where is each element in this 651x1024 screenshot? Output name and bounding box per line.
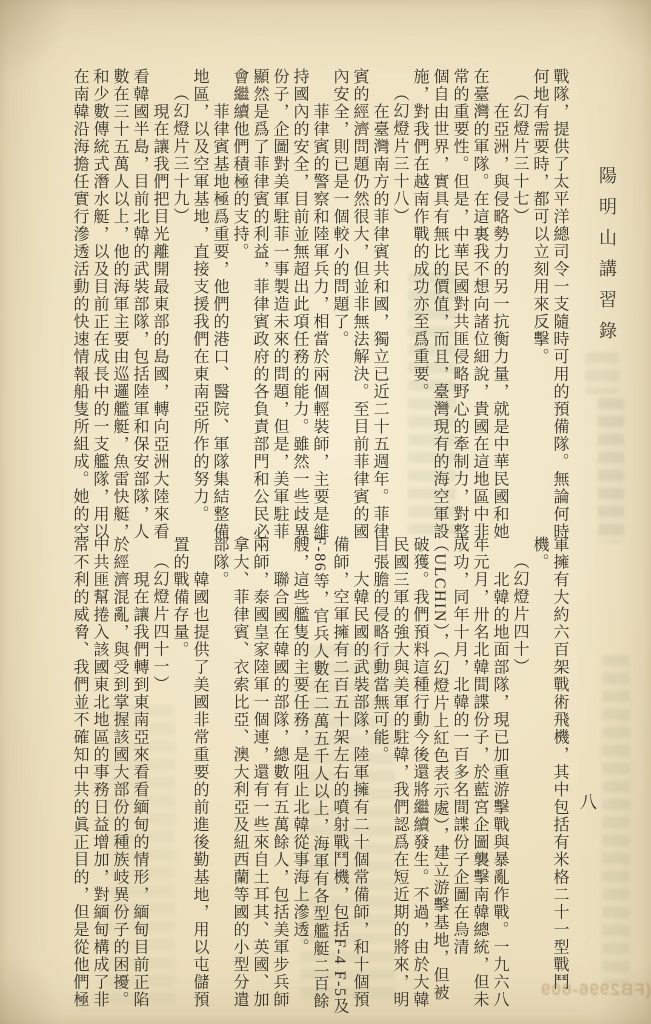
paragraph: 現在讓我們轉到東南亞來看看緬甸的情形，緬甸目前正陷於經濟混亂，與受到掌握該國大部… — [69, 536, 149, 1017]
bleed-through-artifact — [602, 655, 630, 985]
paragraph: 聯合國在韓國的部隊，總數有五萬餘人，包括美軍步兵師兩師，泰國皇家陸軍一個連，還有… — [209, 536, 289, 1017]
page-number: 八 — [580, 788, 597, 813]
paragraph: 菲律賓的警察和陸軍兵力，相當於兩個輕裝師，主要是維持國內的安全，目前並無超出此項… — [229, 68, 329, 546]
slide-caption: （幻燈片三十九） — [169, 68, 189, 546]
paragraph: 戰隊，提供了太平洋總司令一支隨時可用的預備隊。無論何時何地有需要時，都可以立刻用… — [529, 68, 569, 546]
paragraph: 大韓民國的武裝部隊，陸軍擁有二十個常備師，和十個預備師，空軍擁有二百五十架左右的… — [289, 536, 369, 1017]
bleed-through-artifact — [585, 352, 619, 394]
paragraph: 韓國也提供了美國非常重要的前進後勤基地，用以屯儲預置的戰備存量。 — [169, 536, 209, 1017]
top-text-block: 戰隊，提供了太平洋總司令一支隨時可用的預備隊。無論何時何地有需要時，都可以立刻用… — [67, 68, 569, 546]
bottom-text-block: 軍擁有大約六百架戰術飛機，其中包括有米格二十一型戰鬥機。 （幻燈片四十） 北韓的… — [67, 536, 569, 1017]
slide-caption: （幻燈片四十） — [509, 536, 529, 1017]
bleed-through-artifact — [598, 398, 624, 543]
slide-caption: （幻燈片四十一） — [149, 536, 169, 1017]
slide-caption: （幻燈片三十八） — [389, 68, 409, 546]
paragraph: 在亞洲，與侵略勢力的另一抗衡力量，就是中華民國和她在臺灣的軍隊。在這裏我不想向諸… — [409, 68, 509, 546]
paragraph: 北韓的地面部隊，現已加重游擊戰與暴亂作戰。一九六八年元月，卅名北韓間諜份子，於藍… — [369, 536, 509, 1017]
paragraph: 現在讓我們把目光離開最東部的島國，轉向亞洲大陸來看看韓國半島，目前北韓的武裝部隊… — [69, 68, 169, 546]
paragraph: 在臺灣南方的菲律賓共和國，獨立已近二十五週年。菲律賓的經濟問題仍然很大，但並非無… — [329, 68, 389, 546]
paragraph: 軍擁有大約六百架戰術飛機，其中包括有米格二十一型戰鬥機。 — [529, 536, 569, 1017]
catalog-number-bleed: (FB2996-009 — [540, 980, 651, 1000]
slide-caption: （幻燈片三十七） — [509, 68, 529, 546]
book-title: 陽明山講習錄 — [594, 166, 620, 352]
paragraph: 菲律賓基地極爲重要，他們的港口、醫院、軍隊集結整備地區，以及空軍基地，直接支援我… — [189, 68, 229, 546]
